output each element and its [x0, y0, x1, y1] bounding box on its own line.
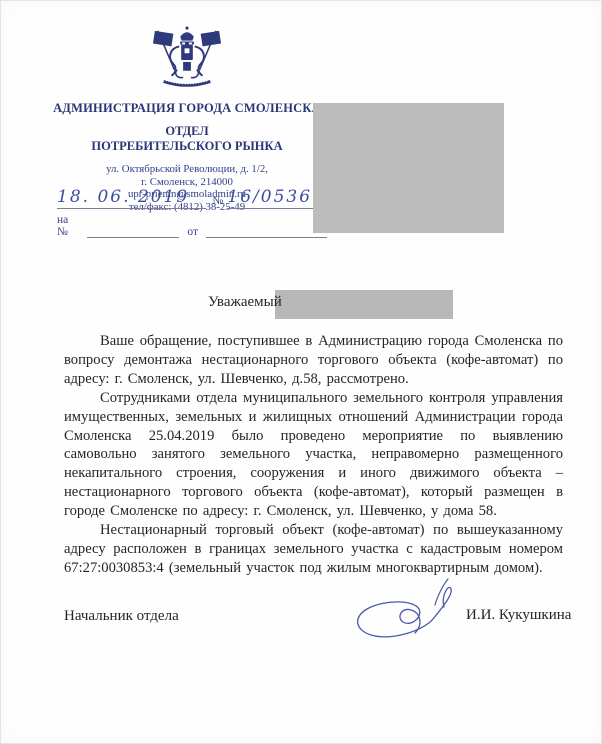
salutation-text: Уважаемый [208, 294, 282, 311]
letter-body: Ваше обращение, поступившее в Администра… [64, 332, 563, 578]
department-line1: ОТДЕЛ [47, 124, 327, 139]
reply-prefix-label: на № [57, 214, 81, 238]
scanned-letter-page: АДМИНИСТРАЦИЯ ГОРОДА СМОЛЕНСКА ОТДЕЛ ПОТ… [0, 0, 602, 744]
letterhead: АДМИНИСТРАЦИЯ ГОРОДА СМОЛЕНСКА ОТДЕЛ ПОТ… [47, 25, 327, 213]
reply-number-blank [87, 224, 180, 238]
reply-date-blank [206, 224, 327, 238]
incoming-reference-line: на № от [57, 214, 327, 238]
body-paragraph-3: Нестационарный торговый объект (кофе-авт… [64, 521, 563, 578]
outgoing-reference-line: 18. 06. 2019 № 16/0536юу [57, 187, 327, 209]
redaction-box-recipient [313, 103, 504, 233]
handwritten-date: 18. 06. 2019 [57, 187, 206, 209]
reply-from-label: от [187, 226, 198, 238]
department-name: ОТДЕЛ ПОТРЕБИТЕЛЬСКОГО РЫНКА [47, 124, 327, 154]
body-paragraph-1: Ваше обращение, поступившее в Администра… [64, 332, 563, 389]
smolensk-coat-of-arms-icon [148, 25, 226, 97]
address-street: ул. Октябрьской Революции, д. 1/2, [47, 163, 327, 176]
handwritten-signature-icon [347, 575, 461, 649]
department-line2: ПОТРЕБИТЕЛЬСКОГО РЫНКА [47, 139, 327, 154]
redaction-box-salutation-name [275, 290, 453, 319]
organization-name: АДМИНИСТРАЦИЯ ГОРОДА СМОЛЕНСКА [47, 101, 327, 116]
number-sign-label: № [206, 195, 227, 209]
signer-position: Начальник отдела [64, 608, 179, 625]
signer-name: И.И. Кукушкина [466, 607, 571, 624]
body-paragraph-2: Сотрудниками отдела муниципального земел… [64, 389, 563, 521]
